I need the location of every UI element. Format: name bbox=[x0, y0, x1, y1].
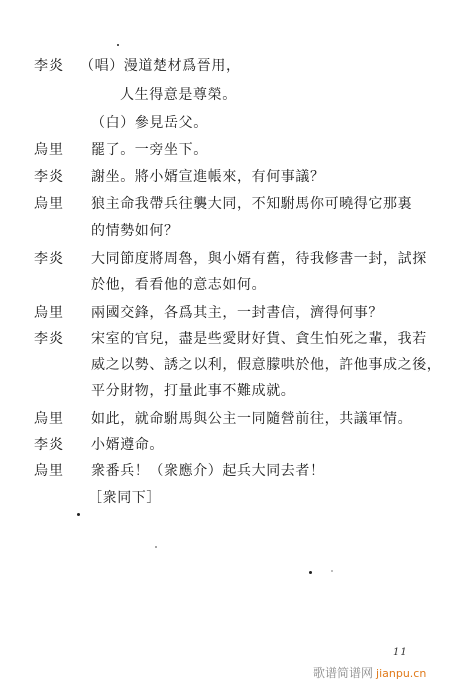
speaker-label: 李炎 bbox=[34, 434, 78, 456]
speaker-label: 烏里 bbox=[34, 460, 78, 482]
speck bbox=[309, 571, 312, 574]
speck bbox=[155, 546, 157, 548]
page-number: 11 bbox=[393, 647, 408, 658]
line-text: 罷了。一旁坐下。 bbox=[91, 139, 208, 161]
speaker-label: 烏里 bbox=[34, 139, 78, 161]
line-text: 平分財物，打量此事不難成就。 bbox=[91, 380, 295, 402]
line-text: 宋室的官兒，盡是些愛財好貨、貪生怕死之輩，我若 bbox=[91, 328, 427, 350]
speaker-label: 烏里 bbox=[34, 408, 78, 430]
line-text: 如此，就命駙馬與公主一同隨營前往，共議軍情。 bbox=[91, 408, 412, 430]
line-text: 的情勢如何？ bbox=[91, 220, 179, 242]
watermark-text: 歌谱简谱网 bbox=[313, 666, 373, 680]
line-text: 人生得意是尊榮。 bbox=[120, 84, 237, 106]
speaker-label: 烏里 bbox=[34, 193, 78, 215]
line-text: （白）參見岳父。 bbox=[91, 112, 208, 134]
line-text: 衆番兵！（衆應介）起兵大同去者！ bbox=[91, 460, 325, 482]
line-text: 小婿遵命。 bbox=[91, 434, 164, 456]
speck bbox=[77, 513, 80, 516]
speaker-label: 烏里 bbox=[34, 302, 78, 324]
document-page: 李炎 （唱）漫道楚材爲晉用， 人生得意是尊榮。 （白）參見岳父。 烏里 罷了。一… bbox=[0, 0, 461, 690]
line-text: （唱）漫道楚材爲晉用， bbox=[80, 55, 241, 77]
speaker-label: 李炎 bbox=[34, 248, 78, 270]
watermark: 歌谱简谱网jianpu.cn bbox=[313, 664, 426, 681]
line-text: 謝坐。將小婿宣進帳來，有何事議？ bbox=[91, 166, 325, 188]
speaker-label: 李炎 bbox=[34, 328, 78, 350]
watermark-url: jianpu.cn bbox=[376, 667, 426, 680]
line-text: ［衆同下］ bbox=[88, 487, 161, 509]
speaker-label: 李炎 bbox=[34, 166, 78, 188]
speaker-label: 李炎 bbox=[34, 55, 78, 77]
speck bbox=[331, 570, 333, 572]
line-text: 兩國交鋒，各爲其主，一封書信，濟得何事？ bbox=[91, 302, 383, 324]
line-text: 大同節度將周魯，與小婿有舊，待我修書一封，試探 bbox=[91, 248, 427, 270]
line-text: 狼主命我帶兵往襲大同，不知駙馬你可曉得它那裏 bbox=[91, 193, 412, 215]
line-text: 威之以勢、誘之以利，假意朦哄於他，許他事成之後， bbox=[91, 354, 441, 376]
speck bbox=[117, 44, 119, 46]
line-text: 於他，看看他的意志如何。 bbox=[91, 274, 266, 296]
